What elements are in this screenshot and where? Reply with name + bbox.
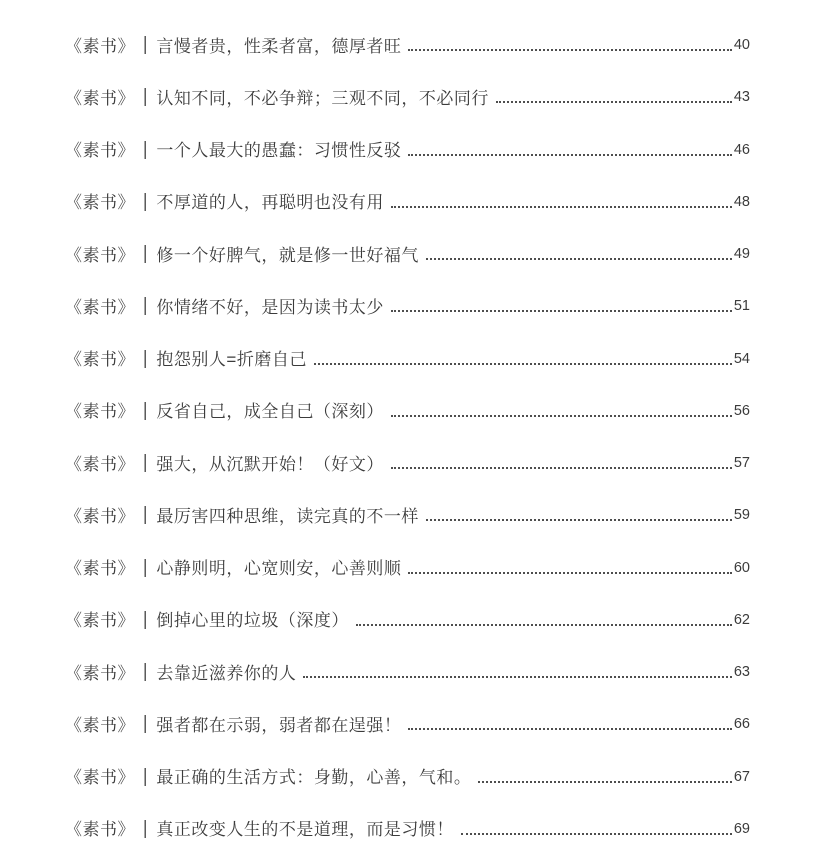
dot-leader (314, 363, 732, 365)
book-label: 《素书》 (65, 554, 135, 579)
entry-title: 强者都在示弱，弱者都在逞强！ (156, 711, 401, 736)
entry-title: 倒掉心里的垃圾（深度） (156, 606, 349, 631)
dot-leader (391, 415, 732, 417)
toc-entry[interactable]: 《素书》|认知不同，不必争辩；三观不同，不必同行 43 (65, 70, 750, 122)
dot-leader (391, 467, 732, 469)
separator-bar: | (143, 85, 147, 108)
entry-title: 你情绪不好，是因为读书太少 (156, 293, 384, 318)
dot-leader (391, 310, 732, 312)
entry-title: 强大，从沉默开始！（好文） (156, 450, 384, 475)
dot-leader (303, 676, 731, 678)
page-number: 56 (734, 403, 750, 419)
page-number: 46 (734, 142, 750, 158)
book-label: 《素书》 (65, 397, 135, 422)
separator-bar: | (143, 398, 147, 421)
separator-bar: | (143, 660, 147, 683)
separator-bar: | (143, 816, 147, 839)
dot-leader (408, 728, 731, 730)
page-number: 62 (734, 612, 750, 628)
toc-entry[interactable]: 《素书》|言慢者贵，性柔者富，德厚者旺 40 (65, 18, 750, 70)
book-label: 《素书》 (65, 345, 135, 370)
book-label: 《素书》 (65, 763, 135, 788)
separator-bar: | (143, 764, 147, 787)
book-label: 《素书》 (65, 659, 135, 684)
separator-bar: | (143, 137, 147, 160)
dot-leader (408, 572, 731, 574)
entry-title: 反省自己，成全自己（深刻） (156, 397, 384, 422)
separator-bar: | (143, 346, 147, 369)
toc-entry[interactable]: 《素书》|去靠近滋养你的人 63 (65, 645, 750, 697)
separator-bar: | (143, 607, 147, 630)
toc-entry[interactable]: 《素书》|强大，从沉默开始！（好文） 57 (65, 436, 750, 488)
toc-entry[interactable]: 《素书》|不厚道的人，再聪明也没有用 48 (65, 175, 750, 227)
dot-leader (408, 49, 731, 51)
toc-entry[interactable]: 《素书》|强者都在示弱，弱者都在逞强！ 66 (65, 697, 750, 749)
entry-title: 认知不同，不必争辩；三观不同，不必同行 (156, 84, 489, 109)
page-number: 63 (734, 664, 750, 680)
separator-bar: | (143, 451, 147, 474)
book-label: 《素书》 (65, 450, 135, 475)
page-number: 60 (734, 560, 750, 576)
page-number: 67 (734, 769, 750, 785)
entry-title: 不厚道的人，再聪明也没有用 (156, 188, 384, 213)
toc-entry[interactable]: 《素书》|一个人最大的愚蠢：习惯性反驳 46 (65, 123, 750, 175)
book-label: 《素书》 (65, 815, 135, 840)
entry-title: 修一个好脾气，就是修一世好福气 (156, 241, 419, 266)
toc-entry[interactable]: 《素书》|倒掉心里的垃圾（深度） 62 (65, 593, 750, 645)
separator-bar: | (143, 33, 147, 56)
page-number: 59 (734, 507, 750, 523)
entry-title: 最正确的生活方式：身勤，心善，气和。 (156, 763, 471, 788)
book-label: 《素书》 (65, 136, 135, 161)
dot-leader (496, 101, 732, 103)
separator-bar: | (143, 189, 147, 212)
toc-entry[interactable]: 《素书》|你情绪不好，是因为读书太少 51 (65, 279, 750, 331)
dot-leader (391, 206, 732, 208)
book-label: 《素书》 (65, 711, 135, 736)
page-number: 49 (734, 246, 750, 262)
book-label: 《素书》 (65, 606, 135, 631)
book-label: 《素书》 (65, 188, 135, 213)
page-number: 54 (734, 351, 750, 367)
book-label: 《素书》 (65, 32, 135, 57)
toc-entry[interactable]: 《素书》|心静则明，心宽则安，心善则顺 60 (65, 541, 750, 593)
toc-entry[interactable]: 《素书》|修一个好脾气，就是修一世好福气 49 (65, 227, 750, 279)
entry-title: 真正改变人生的不是道理，而是习惯！ (156, 815, 454, 840)
page-number: 40 (734, 37, 750, 53)
page-number: 43 (734, 89, 750, 105)
entry-title: 最厉害四种思维，读完真的不一样 (156, 502, 419, 527)
page-number: 69 (734, 821, 750, 837)
entry-title: 抱怨别人=折磨自己 (156, 345, 306, 370)
toc-entry[interactable]: 《素书》|抱怨别人=折磨自己 54 (65, 332, 750, 384)
page-number: 48 (734, 194, 750, 210)
dot-leader (461, 833, 732, 835)
separator-bar: | (143, 294, 147, 317)
page-number: 57 (734, 455, 750, 471)
page-number: 66 (734, 716, 750, 732)
entry-title: 言慢者贵，性柔者富，德厚者旺 (156, 32, 401, 57)
dot-leader (478, 781, 731, 783)
dot-leader (426, 258, 732, 260)
entry-title: 一个人最大的愚蠢：习惯性反驳 (156, 136, 401, 161)
toc-page: 《素书》|言慢者贵，性柔者富，德厚者旺 40 《素书》|认知不同，不必争辩；三观… (0, 0, 821, 854)
toc-entry[interactable]: 《素书》|反省自己，成全自己（深刻） 56 (65, 384, 750, 436)
toc-entry[interactable]: 《素书》|真正改变人生的不是道理，而是习惯！ 69 (65, 802, 750, 854)
toc-entry[interactable]: 《素书》|最正确的生活方式：身勤，心善，气和。 67 (65, 750, 750, 802)
separator-bar: | (143, 242, 147, 265)
page-number: 51 (734, 298, 750, 314)
separator-bar: | (143, 712, 147, 735)
toc-entry[interactable]: 《素书》|最厉害四种思维，读完真的不一样 59 (65, 488, 750, 540)
dot-leader (408, 154, 731, 156)
dot-leader (356, 624, 732, 626)
book-label: 《素书》 (65, 293, 135, 318)
book-label: 《素书》 (65, 84, 135, 109)
book-label: 《素书》 (65, 502, 135, 527)
entry-title: 心静则明，心宽则安，心善则顺 (156, 554, 401, 579)
separator-bar: | (143, 555, 147, 578)
entry-title: 去靠近滋养你的人 (156, 659, 296, 684)
dot-leader (426, 519, 732, 521)
book-label: 《素书》 (65, 241, 135, 266)
separator-bar: | (143, 503, 147, 526)
